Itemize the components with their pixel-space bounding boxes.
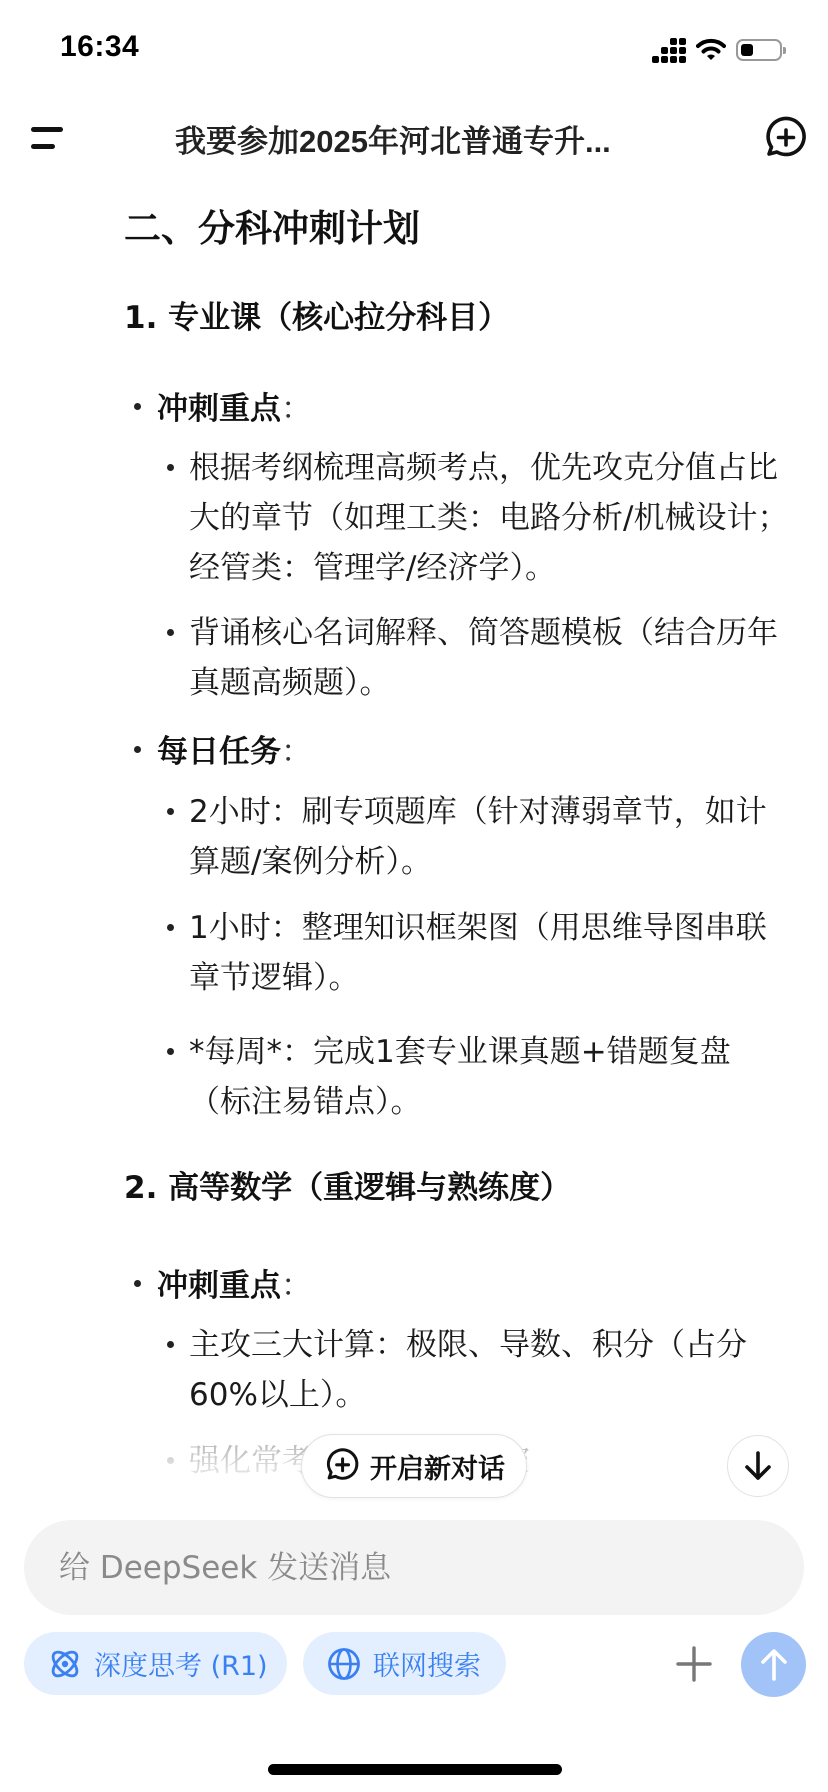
arrow-up-icon [760,1648,788,1682]
deep-think-toggle[interactable]: 深度思考 (R1) [24,1632,287,1695]
home-indicator [268,1764,562,1775]
bullet-dot [167,629,174,636]
scroll-to-bottom-button[interactable] [727,1435,789,1497]
message-input-container[interactable] [24,1520,804,1615]
start-new-chat-label: 开启新对话 [370,1447,505,1486]
bullet-dot [134,1280,141,1287]
list-item-text: 1小时：整理知识框架图（用思维导图串联章节逻辑）。 [189,903,789,1003]
bullet-dot [167,924,174,931]
group-label: 冲刺重点 [157,1268,281,1304]
bullet-dot [167,1341,174,1348]
chat-plus-icon [322,1447,360,1485]
arrow-down-icon [743,1450,773,1482]
message-input[interactable] [57,1549,761,1587]
subject-title: 2. 高等数学（重逻辑与熟练度） [124,1162,571,1207]
section-title: 二、分科冲刺计划 [124,198,420,252]
web-search-toggle[interactable]: 联网搜索 [303,1632,506,1695]
bullet-dot [134,403,141,410]
bullet-dot [167,808,174,815]
colon: ： [281,734,312,770]
attach-button[interactable] [670,1640,718,1688]
deep-think-label: 深度思考 (R1) [94,1644,268,1683]
colon: ： [281,1268,312,1304]
list-item-text: 背诵核心名词解释、简答题模板（结合历年真题高频题）。 [189,608,789,708]
atom-icon [48,1647,82,1681]
bullet-dot [167,464,174,471]
subject-title: 1. 专业课（核心拉分科目） [124,292,509,337]
group-label: 每日任务 [157,734,281,770]
list-item-text: 根据考纲梳理高频考点，优先攻克分值占比大的章节（如理工类：电路分析/机械设计；经… [189,443,789,593]
list-item-text: 2小时：刷专项题库（针对薄弱章节，如计算题/案例分析）。 [189,787,789,887]
list-item-text: 主攻三大计算：极限、导数、积分（占分60%以上）。 [189,1320,789,1420]
globe-icon [327,1647,361,1681]
start-new-chat-button[interactable]: 开启新对话 [301,1434,527,1498]
web-search-label: 联网搜索 [373,1644,481,1683]
plus-icon [670,1640,718,1688]
bullet-dot [134,746,141,753]
colon: ： [281,391,312,427]
bullet-dot [167,1048,174,1055]
list-item-text: *每周*：完成1套专业课真题+错题复盘（标注易错点）。 [189,1027,789,1127]
send-button[interactable] [741,1632,806,1697]
group-label: 冲刺重点 [157,391,281,427]
